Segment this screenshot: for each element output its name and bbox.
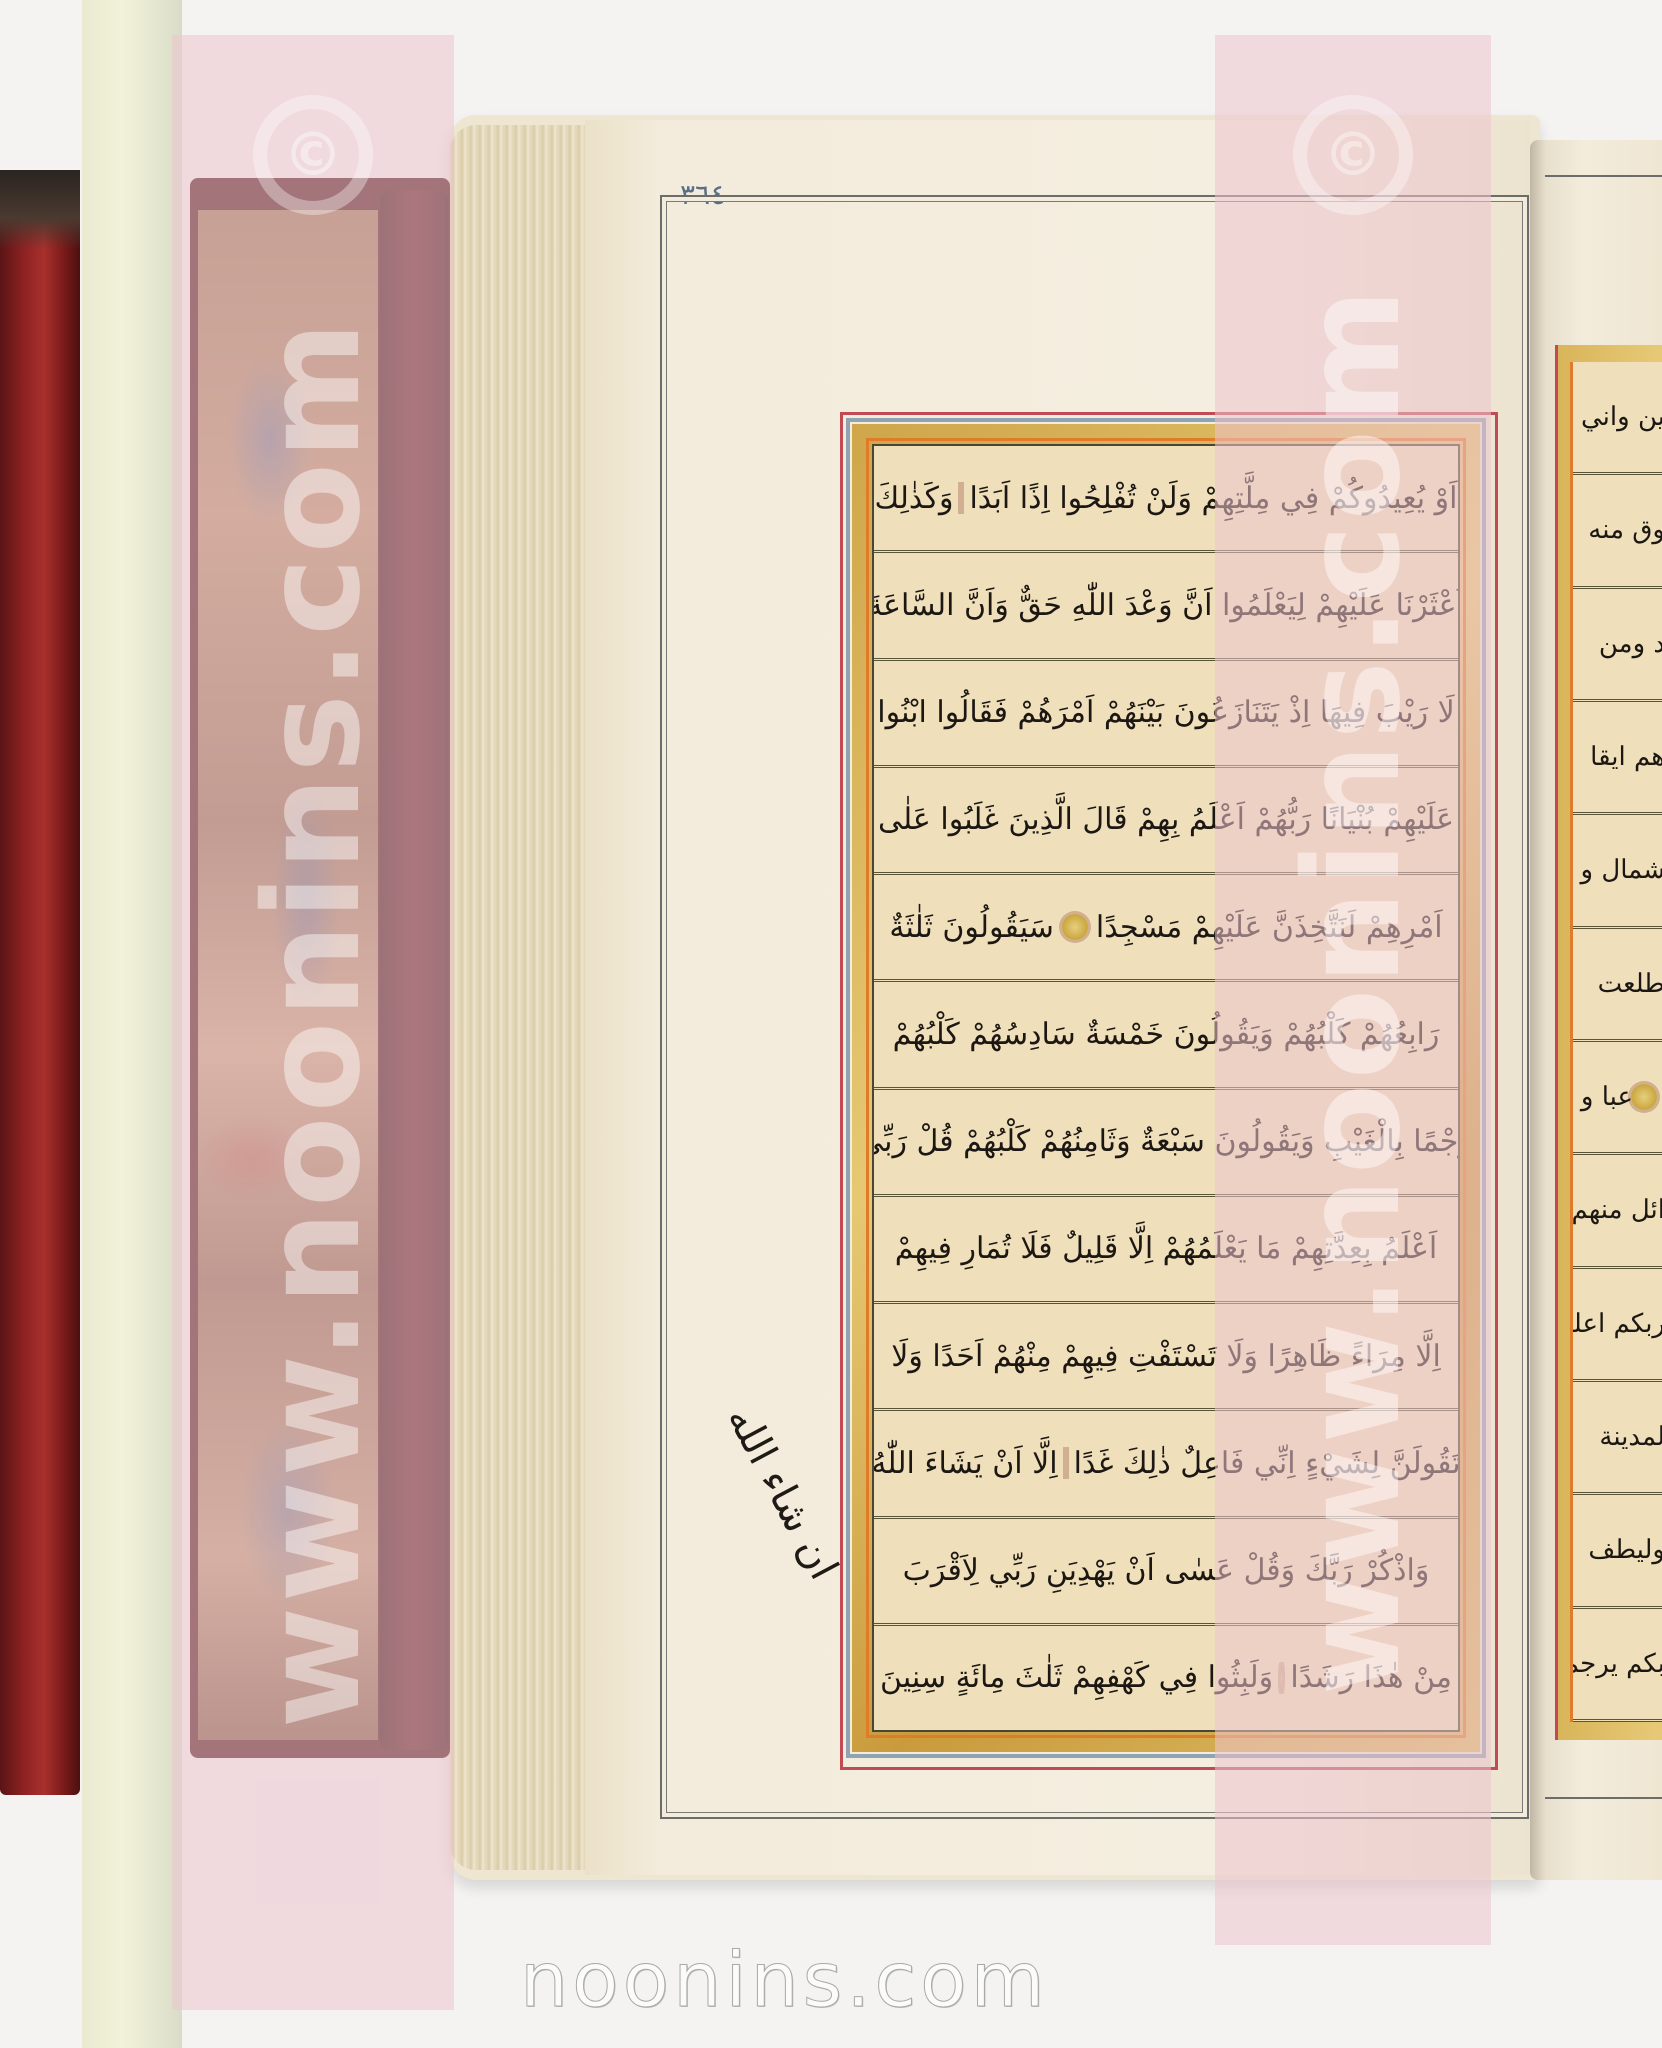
bottom-watermark: noonins.com: [520, 1935, 1049, 2024]
watermark-text: www.noonins.com: [1276, 284, 1430, 1695]
page-fore-edge: [450, 125, 590, 1870]
facing-line-text: هم ايقا: [1590, 742, 1662, 772]
facing-line: شمال و: [1573, 815, 1662, 928]
facing-line: ربكم اعلم: [1573, 1269, 1662, 1382]
facing-line-text: عبا و: [1581, 1082, 1633, 1112]
cream-ribbon-strip: [82, 0, 182, 2048]
facing-line: وق منه: [1573, 475, 1662, 588]
facing-line-text: طلعت: [1598, 969, 1662, 999]
facing-line: عبا و: [1573, 1042, 1662, 1155]
facing-line: وليطف: [1573, 1495, 1662, 1608]
facing-line-text: ربكم اعلم: [1573, 1309, 1662, 1339]
line-text: اِلَّا اَنْ يَشَاءَ اللّٰهُ: [874, 1446, 1058, 1481]
facing-line: هم ايقا: [1573, 702, 1662, 815]
facing-line-text: لمدينة: [1599, 1422, 1662, 1452]
verse-marker-icon: [1631, 1084, 1657, 1110]
copyright-icon: ©: [253, 95, 373, 215]
facing-line: طلعت: [1573, 929, 1662, 1042]
line-text: وَكَذٰلِكَ: [875, 481, 954, 516]
copyright-icon: ©: [1293, 95, 1413, 215]
facing-line: ين واني: [1573, 362, 1662, 475]
facing-line-text: ين واني: [1581, 402, 1662, 432]
watermark-strip-left: © www.noonins.com: [172, 35, 454, 2010]
red-leather-spine: [0, 175, 80, 1795]
line-text: سَيَقُولُونَ ثَلٰثَةٌ: [889, 910, 1054, 945]
watermark-strip-right: © www.noonins.com: [1215, 35, 1491, 1945]
facing-line-text: وليطف: [1588, 1535, 1662, 1565]
facing-line-text: شمال و: [1581, 855, 1662, 885]
worn-spine-top: [0, 170, 80, 250]
facing-line-text: د ومن: [1599, 629, 1662, 659]
facing-line: ائل منهم: [1573, 1155, 1662, 1268]
facing-line: د ومن: [1573, 589, 1662, 702]
facing-line-text: ائل منهم: [1573, 1195, 1662, 1225]
facing-line: بكم يرجموكم: [1573, 1609, 1662, 1722]
verse-marker-icon: [1062, 914, 1088, 940]
facing-line-text: بكم يرجموكم: [1573, 1649, 1662, 1679]
watermark-text: www.noonins.com: [236, 317, 390, 1728]
facing-line-text: وق منه: [1588, 515, 1662, 545]
facing-line: لمدينة: [1573, 1382, 1662, 1495]
facing-text-panel: ين واني وق منه د ومن هم ايقا شمال و طلعت…: [1570, 362, 1662, 1722]
